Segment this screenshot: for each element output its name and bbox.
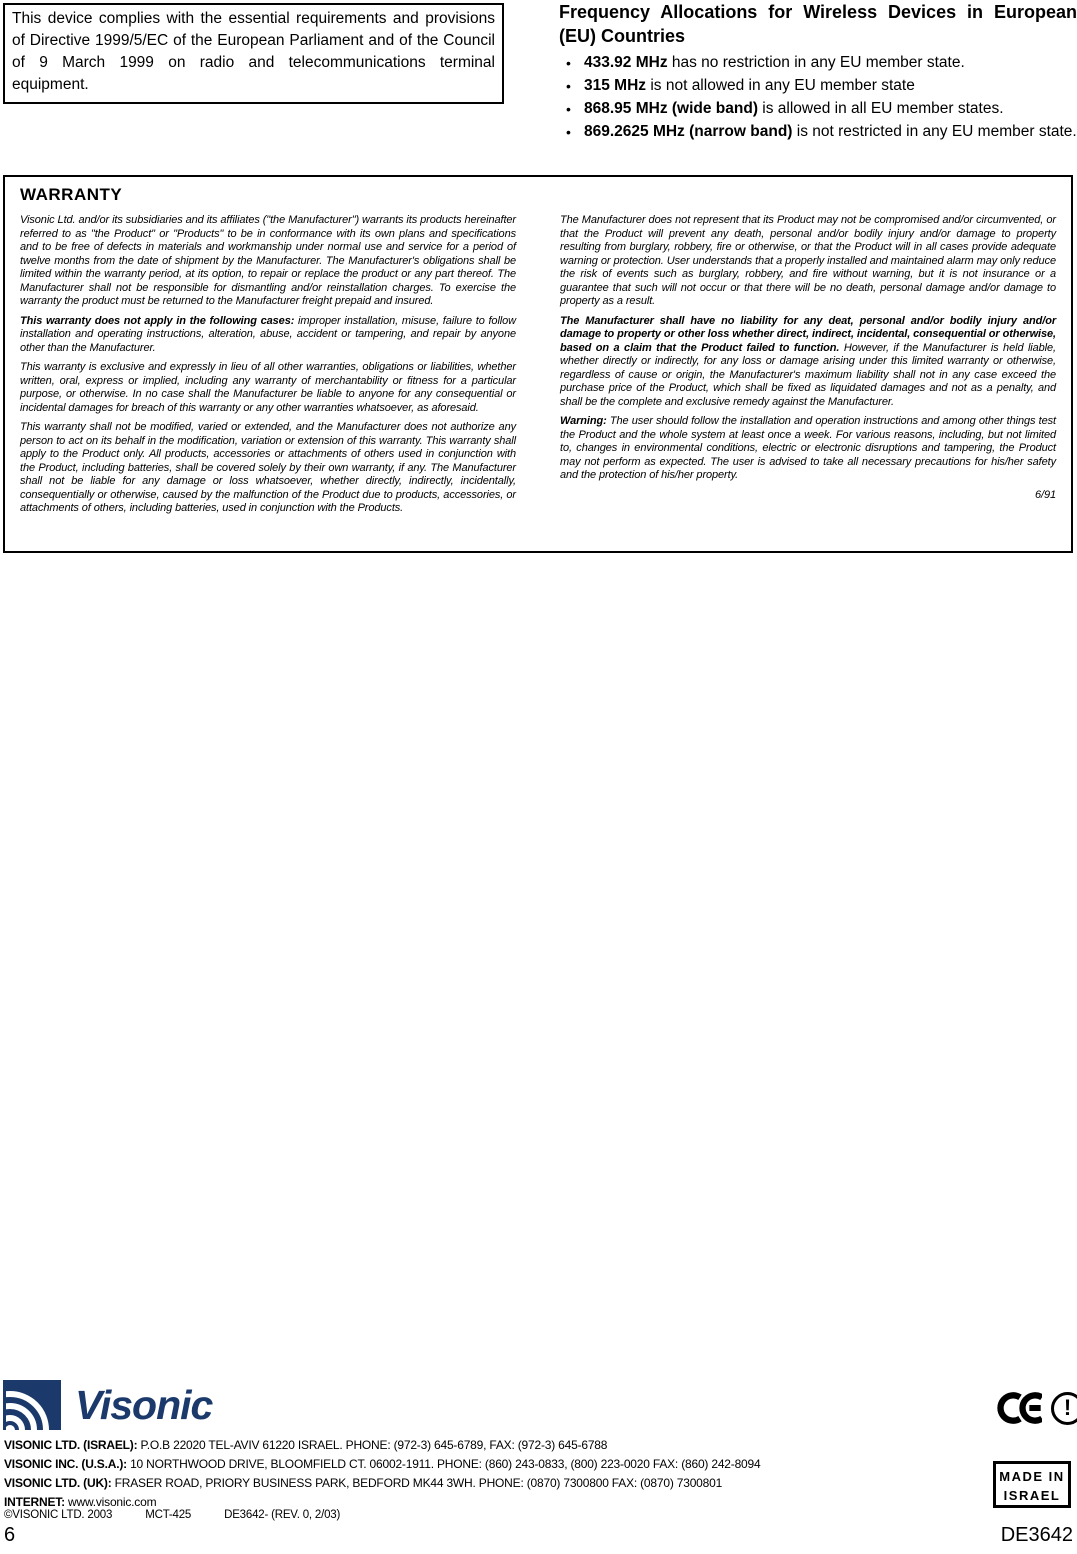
warranty-paragraph: This warranty does not apply in the foll…	[20, 315, 516, 356]
company-detail: 10 NORTHWOOD DRIVE, BLOOMFIELD CT. 06002…	[127, 1457, 761, 1471]
frequency-allocations-section: Frequency Allocations for Wireless Devic…	[559, 0, 1077, 144]
bullet-icon: •	[566, 121, 571, 143]
warranty-paragraph: Visonic Ltd. and/or its subsidiaries and…	[20, 214, 516, 309]
frequency-note: has no restriction in any EU member stat…	[668, 54, 965, 71]
frequency-bullet-list: • 433.92 MHz has no restriction in any E…	[559, 52, 1077, 143]
paragraph-text: Visonic Ltd. and/or its subsidiaries and…	[20, 214, 516, 307]
frequency-note: is not restricted in any EU member state…	[792, 123, 1076, 140]
list-item: • 315 MHz is not allowed in any EU membe…	[559, 75, 1077, 97]
compliance-statement-box: This device complies with the essential …	[3, 3, 504, 104]
warranty-columns: Visonic Ltd. and/or its subsidiaries and…	[20, 214, 1056, 522]
warranty-paragraph: Warning: The user should follow the inst…	[560, 415, 1056, 483]
address-line: VISONIC LTD. (UK): FRASER ROAD, PRIORY B…	[4, 1474, 904, 1493]
warranty-paragraph: This warranty shall not be modified, var…	[20, 421, 516, 516]
frequency-value: 315 MHz	[584, 77, 646, 94]
warranty-right-column: The Manufacturer does not represent that…	[560, 214, 1056, 522]
frequency-value: 869.2625 MHz (narrow band)	[584, 123, 792, 140]
paragraph-lead: This warranty does not apply in the foll…	[20, 315, 294, 327]
frequency-value: 433.92 MHz	[584, 54, 668, 71]
warranty-left-column: Visonic Ltd. and/or its subsidiaries and…	[20, 214, 516, 522]
frequency-note: is not allowed in any EU member state	[646, 77, 915, 94]
made-in-line: ISRAEL	[996, 1486, 1068, 1505]
list-item: • 868.95 MHz (wide band) is allowed in a…	[559, 98, 1077, 120]
made-in-line: MADE IN	[996, 1467, 1068, 1486]
paragraph-text: This warranty shall not be modified, var…	[20, 421, 516, 514]
company-label: VISONIC LTD. (ISRAEL):	[4, 1438, 137, 1452]
company-addresses: VISONIC LTD. (ISRAEL): P.O.B 22020 TEL-A…	[4, 1436, 904, 1512]
warranty-section: WARRANTY Visonic Ltd. and/or its subsidi…	[3, 175, 1073, 553]
paragraph-text: The user should follow the installation …	[560, 415, 1056, 481]
bullet-icon: •	[566, 75, 571, 97]
paragraph-text: This warranty is exclusive and expressly…	[20, 361, 516, 414]
company-detail: FRASER ROAD, PRIORY BUSINESS PARK, BEDFO…	[112, 1476, 723, 1490]
warranty-paragraph: The Manufacturer shall have no liability…	[560, 315, 1056, 410]
warranty-title: WARRANTY	[20, 185, 1056, 205]
paragraph-lead: Warning:	[560, 415, 607, 427]
copyright-text: ©VISONIC LTD. 2003	[4, 1509, 112, 1521]
alert-glyph: !	[1064, 1395, 1071, 1421]
ce-mark-icon	[992, 1391, 1042, 1425]
certification-icons: !	[992, 1391, 1077, 1425]
bullet-icon: •	[566, 52, 571, 74]
page-number: 6	[4, 1524, 15, 1547]
document-page: This device complies with the essential …	[0, 0, 1077, 1554]
company-detail: P.O.B 22020 TEL-AVIV 61220 ISRAEL. PHONE…	[137, 1438, 607, 1452]
visonic-signal-icon	[3, 1380, 61, 1430]
doc-revision: DE3642- (REV. 0, 2/03)	[224, 1509, 340, 1521]
frequency-value: 868.95 MHz (wide band)	[584, 100, 758, 117]
address-line: VISONIC LTD. (ISRAEL): P.O.B 22020 TEL-A…	[4, 1436, 904, 1455]
warranty-paragraph: This warranty is exclusive and expressly…	[20, 361, 516, 415]
compliance-text: This device complies with the essential …	[12, 8, 495, 96]
address-line: VISONIC INC. (U.S.A.): 10 NORTHWOOD DRIV…	[4, 1455, 904, 1474]
model-number: MCT-425	[145, 1509, 191, 1521]
paragraph-text: The Manufacturer does not represent that…	[560, 214, 1056, 307]
frequency-note: is allowed in all EU member states.	[758, 100, 1004, 117]
company-label: VISONIC INC. (U.S.A.):	[4, 1457, 127, 1471]
copyright-line: ©VISONIC LTD. 2003 MCT-425 DE3642- (REV.…	[4, 1509, 340, 1521]
made-in-israel-badge: MADE IN ISRAEL	[993, 1461, 1071, 1508]
alert-exclamation-icon: !	[1051, 1392, 1077, 1425]
company-label: INTERNET:	[4, 1495, 65, 1509]
warranty-paragraph: The Manufacturer does not represent that…	[560, 214, 1056, 309]
bullet-icon: •	[566, 98, 571, 120]
list-item: • 433.92 MHz has no restriction in any E…	[559, 52, 1077, 74]
company-label: VISONIC LTD. (UK):	[4, 1476, 112, 1490]
visonic-logo: Visonic	[3, 1380, 212, 1430]
list-item: • 869.2625 MHz (narrow band) is not rest…	[559, 121, 1077, 143]
visonic-wordmark: Visonic	[75, 1380, 212, 1430]
doc-number: DE3642	[1001, 1524, 1073, 1547]
revision-date: 6/91	[560, 489, 1056, 503]
website-url: www.visonic.com	[65, 1495, 157, 1509]
frequency-section-title: Frequency Allocations for Wireless Devic…	[559, 0, 1077, 48]
